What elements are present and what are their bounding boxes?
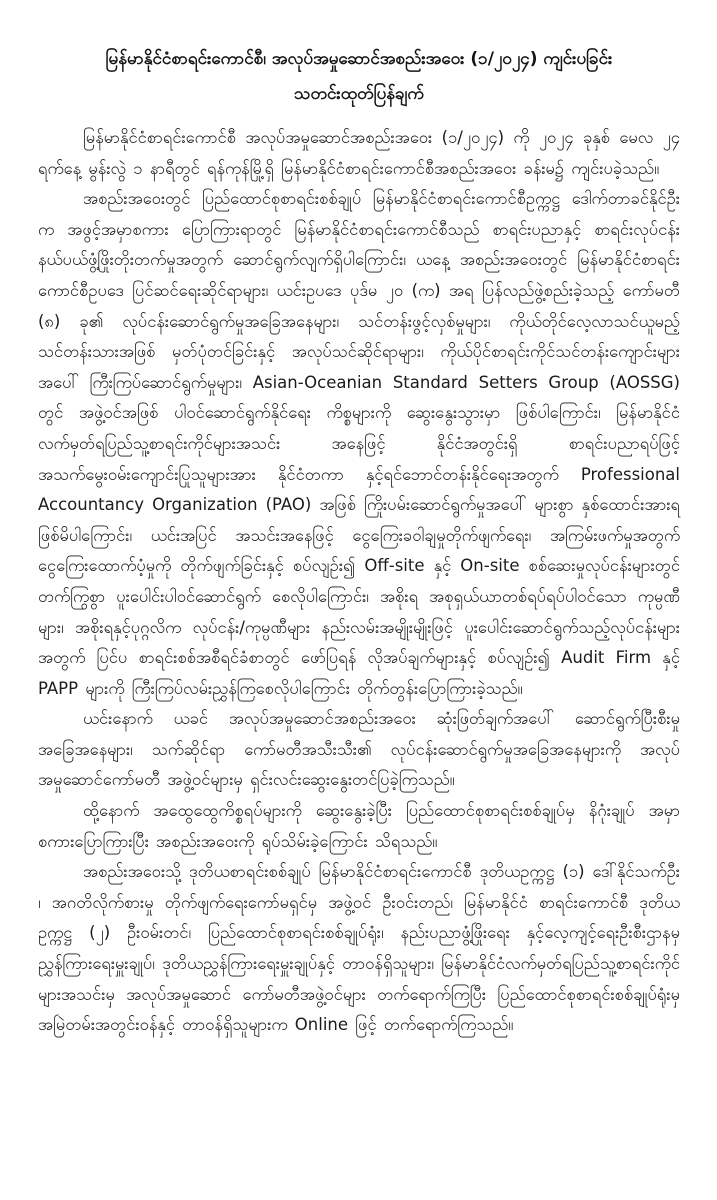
paragraph-closing-remarks: ထို့နောက် အထွေထွေကိစ္စရပ်များကို ဆွေးနွေ…: [38, 796, 680, 857]
document-title-line-1: မြန်မာနိုင်ငံစာရင်းကောင်စီ၊ အလုပ်အမှုဆော…: [106, 49, 613, 69]
document-title-line-2: သတင်းထုတ်ပြန်ချက်: [294, 84, 424, 104]
document-body: မြန်မာနိုင်ငံစာရင်းကောင်စီ အလုပ်အမှုဆောင…: [38, 123, 680, 1041]
document-page: မြန်မာနိုင်ငံစာရင်းကောင်စီ၊ အလုပ်အမှုဆော…: [0, 0, 717, 1200]
paragraph-attendees: အစည်းအဝေးသို့ ဒုတိယစာရင်းစစ်ချုပ် မြန်မာ…: [38, 857, 680, 1041]
document-title: မြန်မာနိုင်ငံစာရင်းကောင်စီ၊ အလုပ်အမှုဆော…: [38, 42, 680, 112]
paragraph-meeting-held: မြန်မာနိုင်ငံစာရင်းကောင်စီ အလုပ်အမှုဆောင…: [38, 123, 680, 184]
paragraph-committee-reports: ယင်းနောက် ယခင် အလုပ်အမှုဆောင်အစည်းအဝေး ဆ…: [38, 704, 680, 796]
paragraph-opening-speech: အစည်းအဝေးတွင် ပြည်ထောင်စုစာရင်းစစ်ချုပ် …: [38, 184, 680, 704]
